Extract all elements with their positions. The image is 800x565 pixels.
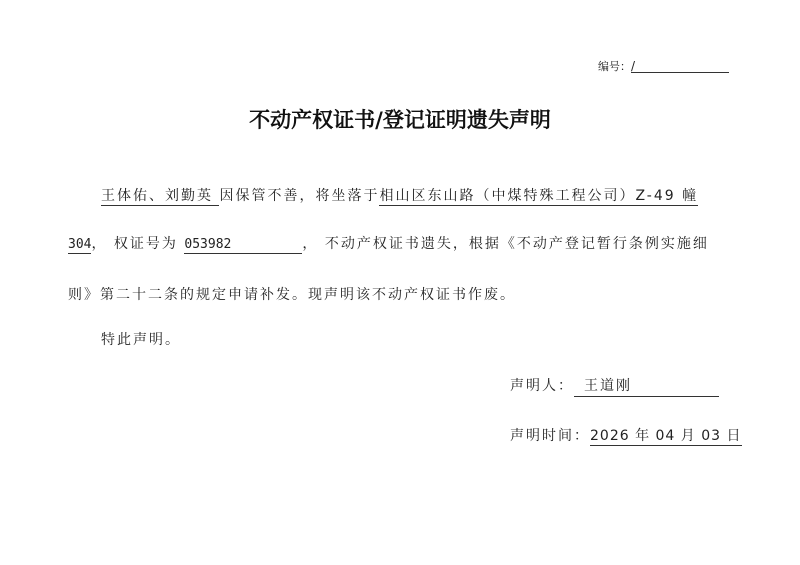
property-address: 相山区东山路（中煤特殊工程公司）Z-49 幢 xyxy=(379,188,698,206)
owner-names: 王体佑、刘勤英 xyxy=(101,188,219,206)
body-text: ， 不动产权证书遗失，根据《不动产登记暂行条例实施细 xyxy=(302,236,708,252)
signer-name: 王道刚 xyxy=(574,375,719,397)
closing-statement: 特此声明。 xyxy=(101,329,181,349)
serial-label: 编号： xyxy=(598,60,631,73)
body-text: ， 权证号为 xyxy=(91,236,184,252)
date-label: 声明时间： xyxy=(510,428,590,444)
property-address-cont: 304 xyxy=(68,237,91,254)
signature-label: 声明人： xyxy=(510,378,574,394)
page-title: 不动产权证书/登记证明遗失声明 xyxy=(0,104,800,134)
body-line-3: 则》第二十二条的规定申请补发。现声明该不动产权证书作废。 xyxy=(68,284,516,304)
certificate-number: 053982 xyxy=(184,237,302,254)
body-line-2: 304， 权证号为 053982， 不动产权证书遗失，根据《不动产登记暂行条例实… xyxy=(68,233,709,254)
signature-line: 声明人：王道刚 xyxy=(510,375,719,397)
date-line: 声明时间：2026 年 04 月 03 日 xyxy=(510,425,742,445)
declaration-date: 2026 年 04 月 03 日 xyxy=(590,428,742,446)
body-text: 因保管不善，将坐落于 xyxy=(219,188,379,204)
serial-value: / xyxy=(631,60,729,73)
body-line-1: 王体佑、刘勤英 因保管不善，将坐落于相山区东山路（中煤特殊工程公司）Z-49 幢 xyxy=(101,185,698,205)
serial-number: 编号：/ xyxy=(598,58,729,74)
